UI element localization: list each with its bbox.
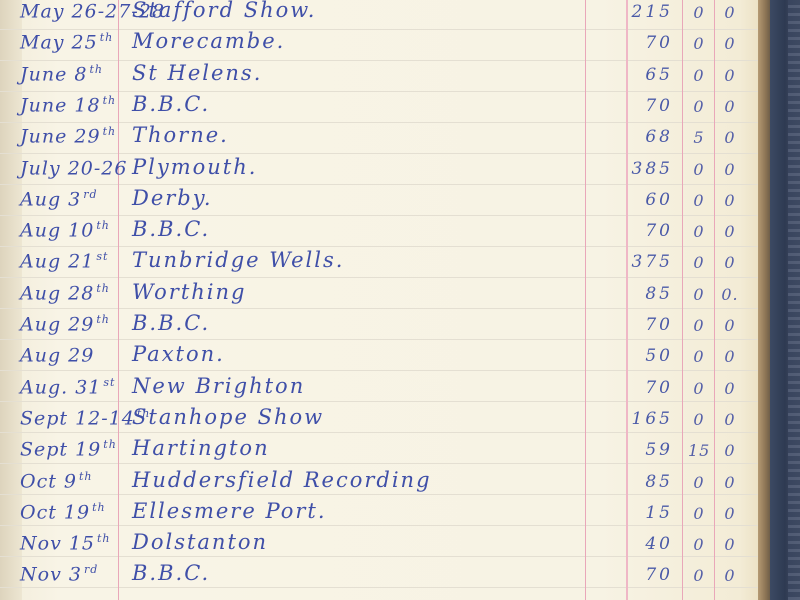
- ledger-row: Aug 10th B.B.C. 70 0 0: [0, 217, 758, 247]
- ledger-row: Aug 29th B.B.C. 70 0 0: [0, 311, 758, 341]
- ledger-row: Aug 28th Worthing 85 0 0.: [0, 280, 758, 310]
- cover-cloth: [788, 0, 800, 600]
- entry-shillings: 0: [688, 285, 710, 304]
- entry-pounds: 70: [618, 315, 673, 335]
- entry-date: Aug 29th: [20, 313, 110, 335]
- entry-date: Sept 12-14th: [20, 407, 150, 429]
- entry-shillings: 0: [688, 66, 710, 85]
- entry-venue: Worthing: [132, 280, 247, 304]
- entry-pence: 0: [719, 97, 741, 116]
- entry-shillings: 0: [688, 379, 710, 398]
- entry-pounds: 40: [618, 534, 673, 554]
- entry-venue: Hartington: [132, 436, 270, 460]
- entry-date: Oct 19th: [20, 501, 106, 523]
- entry-date: Aug 10th: [20, 219, 110, 241]
- entry-venue: Derby.: [132, 186, 213, 210]
- entry-date: May 25th: [20, 31, 113, 53]
- entry-shillings: 0: [688, 253, 710, 272]
- entry-date: Oct 9th: [20, 470, 93, 492]
- ledger-row: Oct 9th Huddersfield Recording 85 0 0: [0, 468, 758, 498]
- entry-venue: Stanhope Show: [132, 405, 324, 429]
- entry-pence: 0: [719, 504, 741, 523]
- entry-pence: 0: [719, 473, 741, 492]
- ledger-row: Sept 19th Hartington 59 15 0: [0, 436, 758, 466]
- entry-pence: 0: [719, 160, 741, 179]
- entry-pounds: 15: [618, 503, 673, 523]
- entry-pence: 0: [719, 566, 741, 585]
- entry-pounds: 70: [618, 565, 673, 585]
- entry-shillings: 0: [688, 97, 710, 116]
- entry-date: June 8th: [20, 63, 103, 85]
- entry-date: Aug 21st: [20, 250, 108, 272]
- ledger-row: Aug 21st Tunbridge Wells. 375 0 0: [0, 248, 758, 278]
- entry-pounds: 59: [618, 440, 673, 460]
- entry-pounds: 375: [618, 252, 673, 272]
- entry-shillings: 0: [688, 473, 710, 492]
- entry-pounds: 215: [618, 2, 673, 22]
- entry-pounds: 70: [618, 378, 673, 398]
- ledger-row: May 25th Morecambe. 70 0 0: [0, 29, 758, 59]
- entry-pence: 0: [719, 379, 741, 398]
- entry-date: Aug 3rd: [20, 188, 98, 210]
- entry-venue: Plymouth.: [132, 155, 257, 179]
- entry-shillings: 0: [688, 160, 710, 179]
- entry-shillings: 0: [688, 347, 710, 366]
- entry-pence: 0: [719, 347, 741, 366]
- ledger-row: Aug 3rd Derby. 60 0 0: [0, 186, 758, 216]
- entry-shillings: 0: [688, 566, 710, 585]
- entry-shillings: 0: [688, 410, 710, 429]
- entry-pence: 0: [719, 191, 741, 210]
- entry-venue: Paxton.: [132, 342, 225, 366]
- entry-date: Aug 29: [20, 344, 96, 366]
- entry-venue: Dolstanton: [132, 530, 268, 554]
- entry-pence: 0.: [719, 285, 741, 304]
- entry-venue: Huddersfield Recording: [132, 468, 432, 492]
- entry-pounds: 70: [618, 221, 673, 241]
- entry-venue: New Brighton: [132, 374, 305, 398]
- entry-date: Nov 3rd: [20, 563, 98, 585]
- ledger-row: Sept 12-14th Stanhope Show 165 0 0: [0, 405, 758, 435]
- entry-date: Sept 19th: [20, 438, 117, 460]
- ledger-row: Aug. 31st New Brighton 70 0 0: [0, 374, 758, 404]
- entry-pence: 0: [719, 535, 741, 554]
- entry-venue: St Helens.: [132, 61, 262, 85]
- entry-venue: Tunbridge Wells.: [132, 248, 344, 272]
- entry-date: Aug 28th: [20, 282, 110, 304]
- ledger-row: July 20-26 Plymouth. 385 0 0: [0, 155, 758, 185]
- entry-pence: 0: [719, 34, 741, 53]
- entry-pence: 0: [719, 66, 741, 85]
- entry-date: Aug. 31st: [20, 376, 115, 398]
- entry-pounds: 50: [618, 346, 673, 366]
- ledger-row: June 8th St Helens. 65 0 0: [0, 61, 758, 91]
- ledger-row: Nov 15th Dolstanton 40 0 0: [0, 530, 758, 560]
- entry-venue: Stafford Show.: [132, 0, 316, 22]
- ledger-row: Nov 3rd B.B.C. 70 0 0: [0, 561, 758, 591]
- page-edge: [758, 0, 770, 600]
- ledger-page: May 26-27-28 Stafford Show. 215 0 0 May …: [0, 0, 758, 600]
- ledger-row: Aug 29 Paxton. 50 0 0: [0, 342, 758, 372]
- entry-shillings: 0: [688, 316, 710, 335]
- entry-pounds: 85: [618, 284, 673, 304]
- entry-shillings: 15: [688, 441, 710, 460]
- entry-venue: Ellesmere Port.: [132, 499, 327, 523]
- entry-shillings: 0: [688, 3, 710, 22]
- ledger-row: May 26-27-28 Stafford Show. 215 0 0: [0, 0, 758, 28]
- entry-pounds: 385: [618, 159, 673, 179]
- entry-venue: Thorne.: [132, 123, 229, 147]
- ledger-row: June 18th B.B.C. 70 0 0: [0, 92, 758, 122]
- entry-shillings: 0: [688, 504, 710, 523]
- entry-pounds: 70: [618, 33, 673, 53]
- entry-venue: B.B.C.: [132, 561, 210, 585]
- entry-date: July 20-26: [20, 157, 129, 179]
- entry-shillings: 5: [688, 128, 710, 147]
- entry-pence: 0: [719, 128, 741, 147]
- entry-pounds: 68: [618, 127, 673, 147]
- entry-venue: Morecambe.: [132, 29, 285, 53]
- entry-shillings: 0: [688, 535, 710, 554]
- entry-pence: 0: [719, 3, 741, 22]
- entry-shillings: 0: [688, 34, 710, 53]
- ledger-row: Oct 19th Ellesmere Port. 15 0 0: [0, 499, 758, 529]
- entry-pounds: 60: [618, 190, 673, 210]
- entry-pounds: 85: [618, 472, 673, 492]
- entry-pence: 0: [719, 441, 741, 460]
- entry-venue: B.B.C.: [132, 311, 210, 335]
- entry-pence: 0: [719, 253, 741, 272]
- entry-pence: 0: [719, 410, 741, 429]
- entry-pounds: 165: [618, 409, 673, 429]
- entry-date: June 29th: [20, 125, 116, 147]
- ledger-row: June 29th Thorne. 68 5 0: [0, 123, 758, 153]
- entry-date: Nov 15th: [20, 532, 111, 554]
- entry-pounds: 70: [618, 96, 673, 116]
- entry-pounds: 65: [618, 65, 673, 85]
- entry-shillings: 0: [688, 191, 710, 210]
- entry-pence: 0: [719, 222, 741, 241]
- entry-venue: B.B.C.: [132, 217, 210, 241]
- entry-venue: B.B.C.: [132, 92, 210, 116]
- entry-pence: 0: [719, 316, 741, 335]
- entry-shillings: 0: [688, 222, 710, 241]
- entry-date: June 18th: [20, 94, 116, 116]
